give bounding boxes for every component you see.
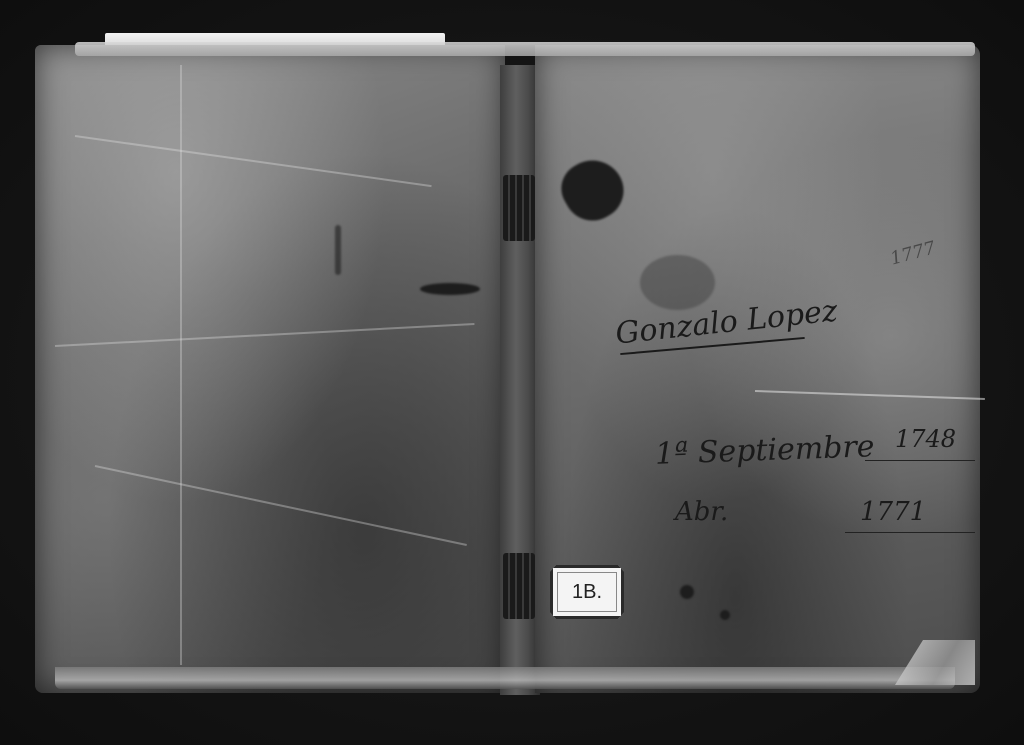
ruled-line xyxy=(845,532,975,533)
inscription-year-1: 1748 xyxy=(895,425,956,453)
stain xyxy=(335,225,341,275)
crease xyxy=(755,390,985,400)
lower-binding-tie xyxy=(503,553,535,619)
catalog-label: 1B. xyxy=(550,565,624,619)
label-text: 1B. xyxy=(572,581,602,604)
crease xyxy=(55,323,475,347)
ruled-line xyxy=(865,460,975,461)
book-cover: 1777 Gonzalo Lopez 1ª Septiembre 1748 Ab… xyxy=(35,45,980,705)
inscription-line-2: Abr. xyxy=(675,497,728,527)
fold-line xyxy=(180,65,182,665)
crease xyxy=(95,465,467,546)
inscription-year-2: 1771 xyxy=(860,497,926,527)
crease xyxy=(75,135,432,187)
photograph: 1777 Gonzalo Lopez 1ª Septiembre 1748 Ab… xyxy=(0,0,1024,745)
bottom-edge xyxy=(55,667,955,689)
upper-binding-tie xyxy=(503,175,535,241)
back-board xyxy=(35,45,505,693)
top-edge xyxy=(75,42,975,56)
spot xyxy=(680,585,694,599)
spot xyxy=(720,610,730,620)
stain xyxy=(420,283,480,295)
ink-blot xyxy=(552,149,634,231)
water-stain xyxy=(640,255,715,310)
